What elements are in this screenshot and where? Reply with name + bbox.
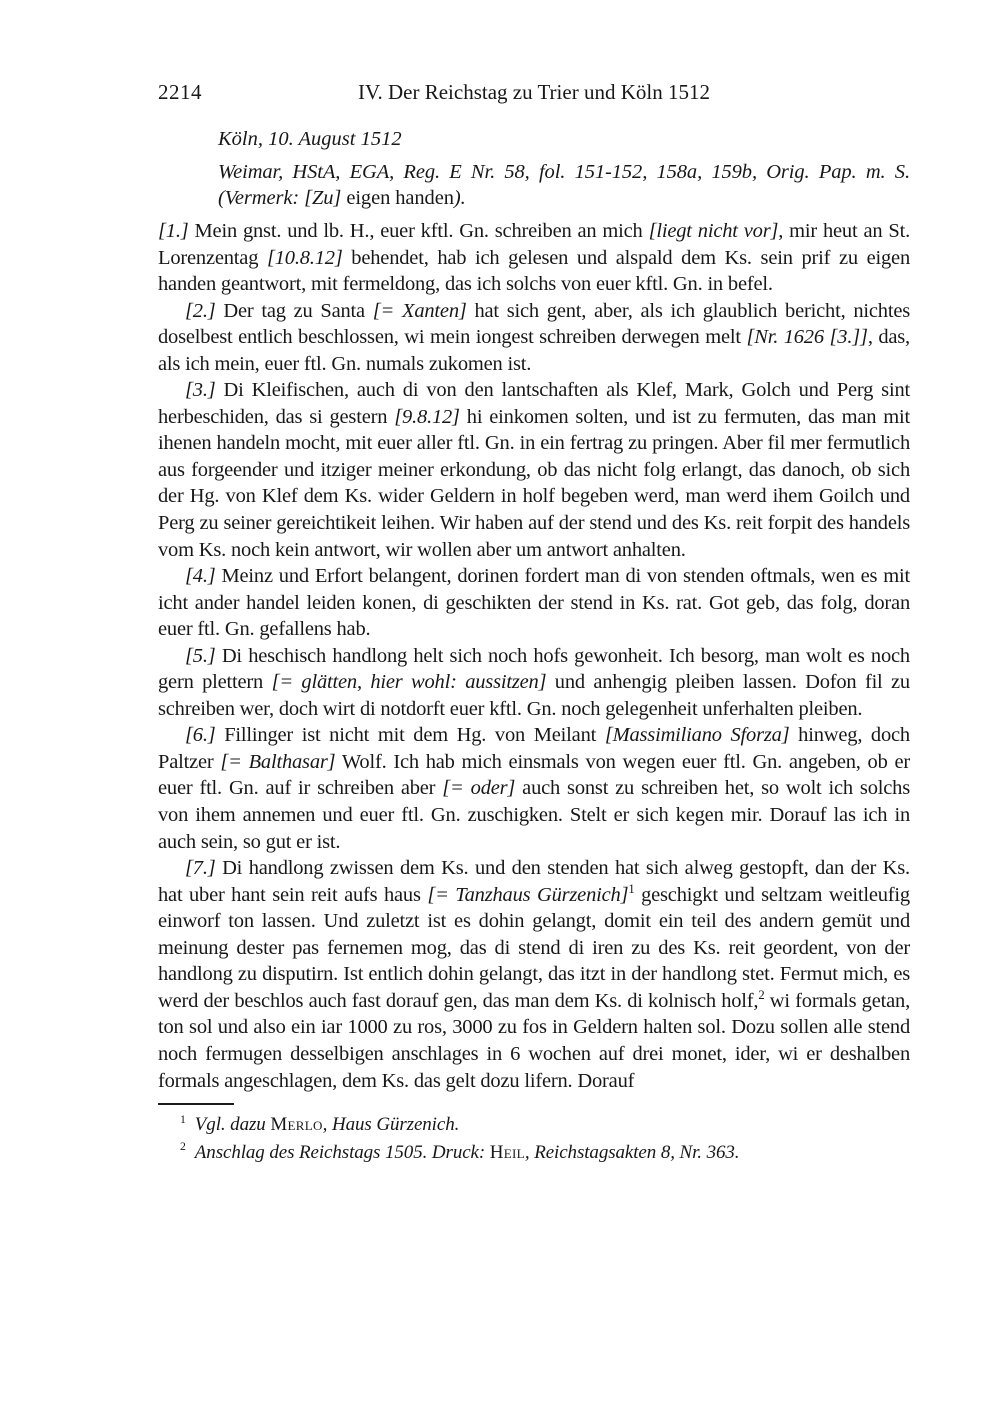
paragraph-6: [6.] Fillinger ist nicht mit dem Hg. von… [158, 722, 910, 855]
document-page: 2214 IV. Der Reichstag zu Trier und Köln… [0, 0, 1004, 1418]
footnote-2: 2Anschlag des Reichstags 1505. Druck: He… [180, 1139, 910, 1167]
running-title: IV. Der Reichstag zu Trier und Köln 1512 [358, 80, 710, 104]
paragraph-3: [3.] Di Kleifischen, auch di von den lan… [158, 377, 910, 563]
footnote-separator-rule [158, 1103, 234, 1105]
running-header: 2214 IV. Der Reichstag zu Trier und Köln… [158, 80, 910, 106]
paragraph-7: [7.] Di handlong zwissen dem Ks. und den… [158, 855, 910, 1094]
footnote-block: 1Vgl. dazu Merlo, Haus Gürzenich. 2Ansch… [158, 1103, 910, 1166]
paragraph-5: [5.] Di heschisch handlong helt sich noc… [158, 643, 910, 723]
paragraph-4: [4.] Meinz und Erfort belangent, dorinen… [158, 563, 910, 643]
archival-source: Weimar, HStA, EGA, Reg. E Nr. 58, fol. 1… [218, 159, 910, 211]
footnote-marker-1: 1 [180, 1113, 186, 1126]
footnote-marker-2: 2 [180, 1140, 186, 1153]
footnote-2-text: Anschlag des Reichstags 1505. Druck: Hei… [195, 1142, 740, 1163]
paragraph-1: [1.] Mein gnst. und lb. H., euer kftl. G… [158, 218, 910, 298]
letter-body: [1.] Mein gnst. und lb. H., euer kftl. G… [158, 218, 910, 1094]
dateline: Köln, 10. August 1512 [218, 126, 910, 152]
entry-heading: Köln, 10. August 1512 Weimar, HStA, EGA,… [218, 126, 910, 211]
page-number: 2214 [158, 80, 202, 104]
footnote-1-text: Vgl. dazu Merlo, Haus Gürzenich. [195, 1114, 459, 1135]
type-area: 2214 IV. Der Reichstag zu Trier und Köln… [158, 80, 910, 1166]
footnote-1: 1Vgl. dazu Merlo, Haus Gürzenich. [180, 1111, 910, 1139]
paragraph-2: [2.] Der tag zu Santa [= Xanten] hat sic… [158, 298, 910, 378]
